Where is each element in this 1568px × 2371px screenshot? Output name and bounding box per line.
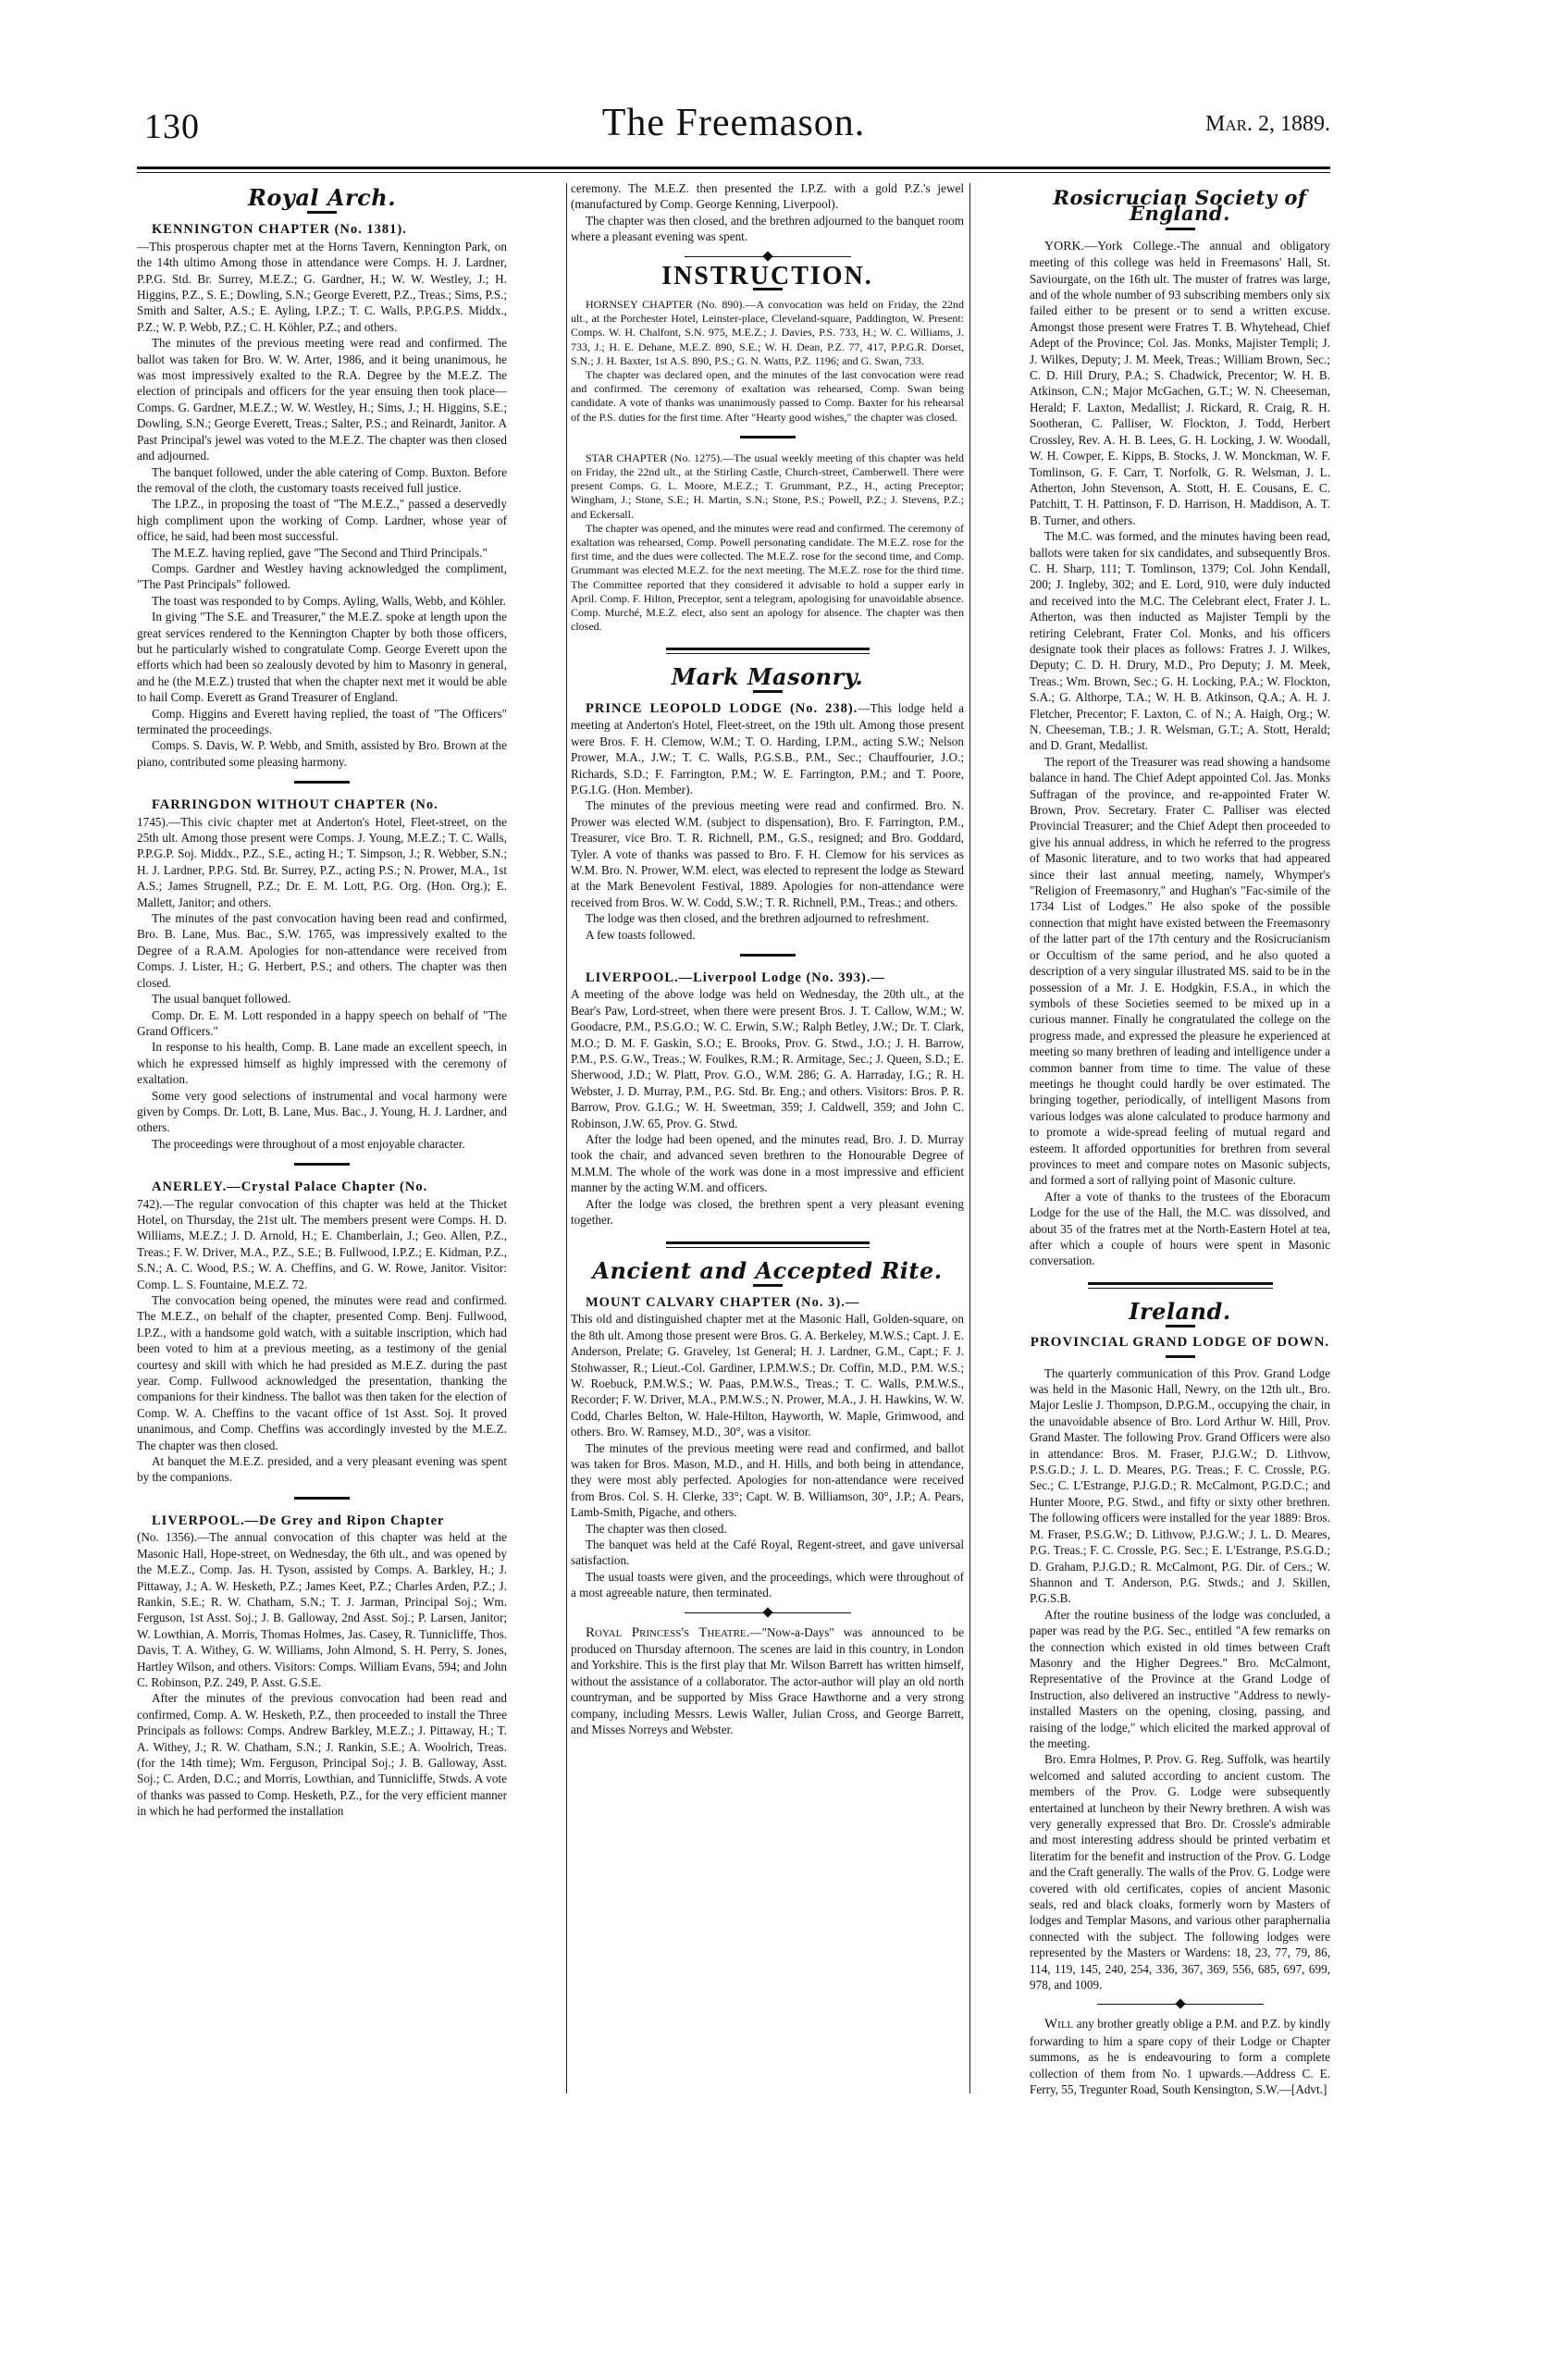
article-prince-leopold-lodge: PRINCE LEOPOLD LODGE (No. 238).—This lod… bbox=[571, 700, 964, 943]
article-separator bbox=[740, 954, 796, 957]
paragraph: The report of the Treasurer was read sho… bbox=[1030, 754, 1330, 1189]
paragraph: In giving "The S.E. and Treasurer," the … bbox=[137, 609, 507, 705]
column-2: ceremony. The M.E.Z. then presented the … bbox=[571, 180, 964, 1737]
paragraph: The chapter was opened, and the minutes … bbox=[571, 522, 964, 635]
paragraph: Comp. Dr. E. M. Lott responded in a happ… bbox=[137, 1007, 507, 1040]
article-farringdon-chapter: FARRINGDON WITHOUT CHAPTER (No. 1745).—T… bbox=[137, 797, 507, 1152]
article-lead: PRINCE LEOPOLD LODGE (No. 238). bbox=[586, 701, 858, 716]
section-heading-mark-masonry: Mark Masonry. bbox=[571, 669, 964, 685]
article-liverpool-chapter-continued: ceremony. The M.E.Z. then presented the … bbox=[571, 180, 964, 245]
diamond-separator bbox=[685, 1612, 851, 1613]
article-lead: LIVERPOOL.—Liverpool Lodge (No. 393).— bbox=[586, 970, 885, 985]
short-rule bbox=[1166, 228, 1195, 230]
diamond-separator bbox=[1097, 2004, 1264, 2005]
article-lead: Royal Princess's Theatre. bbox=[586, 1625, 749, 1640]
paragraph: After the lodge had been opened, and the… bbox=[571, 1131, 964, 1196]
section-separator bbox=[1088, 1282, 1273, 1289]
paragraph: The usual banquet followed. bbox=[137, 991, 507, 1006]
short-rule bbox=[753, 1284, 783, 1287]
paragraph: The chapter was then closed, and the bre… bbox=[571, 213, 964, 245]
article-separator bbox=[294, 1497, 350, 1500]
section-separator bbox=[666, 1241, 870, 1248]
paragraph: The quarterly communication of this Prov… bbox=[1030, 1365, 1330, 1607]
masthead-rule-thin bbox=[137, 172, 1330, 173]
paragraph: The M.C. was formed, and the minutes hav… bbox=[1030, 528, 1330, 754]
paragraph: After a vote of thanks to the trustees o… bbox=[1030, 1189, 1330, 1269]
article-hornsey-chapter: HORNSEY CHAPTER (No. 890).—A convocation… bbox=[571, 298, 964, 425]
paragraph: Comps. S. Davis, W. P. Webb, and Smith, … bbox=[137, 737, 507, 770]
short-rule bbox=[753, 690, 783, 693]
short-rule bbox=[1166, 1325, 1195, 1328]
article-provincial-grand-lodge-down: The quarterly communication of this Prov… bbox=[1030, 1365, 1330, 1994]
section-heading-royal-arch: Royal Arch. bbox=[137, 190, 507, 205]
article-lead: MOUNT CALVARY CHAPTER (No. 3).— bbox=[586, 1295, 859, 1310]
column-1: Royal Arch. KENNINGTON CHAPTER (No. 1381… bbox=[137, 180, 507, 1820]
paragraph: ceremony. The M.E.Z. then presented the … bbox=[571, 180, 964, 213]
short-rule bbox=[1166, 1355, 1195, 1358]
paragraph: 742).—The regular convocation of this ch… bbox=[137, 1196, 507, 1292]
article-liverpool-lodge: LIVERPOOL.—Liverpool Lodge (No. 393).— A… bbox=[571, 969, 964, 1229]
section-separator bbox=[666, 648, 870, 654]
article-star-chapter: STAR CHAPTER (No. 1275).—The usual weekl… bbox=[571, 451, 964, 635]
paragraph: The minutes of the previous meeting were… bbox=[571, 797, 964, 910]
paragraph: The toast was responded to by Comps. Ayl… bbox=[137, 593, 507, 609]
paragraph: -The annual and obligatory meeting of th… bbox=[1030, 239, 1330, 527]
masthead-rule bbox=[137, 167, 1330, 169]
issue-date: Mar. 2, 1889. bbox=[1205, 112, 1330, 137]
paragraph: Some very good selections of instrumenta… bbox=[137, 1088, 507, 1136]
paragraph: In response to his health, Comp. B. Lane… bbox=[137, 1039, 507, 1087]
article-liverpool-chapter: LIVERPOOL.—De Grey and Ripon Chapter (No… bbox=[137, 1513, 507, 1820]
column-3: Rosicrucian Society of England. YORK.—Yo… bbox=[1030, 180, 1330, 2098]
paragraph: The minutes of the past convocation havi… bbox=[137, 910, 507, 991]
section-heading-ireland: Ireland. bbox=[1030, 1303, 1330, 1319]
advertisement-lead: Will bbox=[1044, 2017, 1073, 2031]
paragraph: HORNSEY CHAPTER (No. 890).—A convocation… bbox=[571, 298, 964, 368]
paragraph: (No. 1356).—The annual convocation of th… bbox=[137, 1529, 507, 1690]
paragraph: The chapter was declared open, and the m… bbox=[571, 368, 964, 425]
paragraph: A meeting of the above lodge was held on… bbox=[571, 986, 964, 1131]
paragraph: The usual toasts were given, and the pro… bbox=[571, 1569, 964, 1601]
article-anerley-chapter: ANERLEY.—Crystal Palace Chapter (No. 742… bbox=[137, 1179, 507, 1486]
paragraph: The minutes of the previous meeting were… bbox=[137, 335, 507, 463]
paragraph: Bro. Emra Holmes, P. Prov. G. Reg. Suffo… bbox=[1030, 1751, 1330, 1993]
paragraph: The banquet followed, under the able cat… bbox=[137, 464, 507, 497]
paragraph: The lodge was then closed, and the breth… bbox=[571, 910, 964, 926]
paragraph: A few toasts followed. bbox=[571, 927, 964, 943]
article-separator bbox=[294, 781, 350, 784]
paragraph: The minutes of the previous meeting were… bbox=[571, 1440, 964, 1521]
article-lead: LIVERPOOL.—De Grey and Ripon Chapter bbox=[152, 1513, 445, 1528]
paragraph: —"Now-a-Days" was announced to be produc… bbox=[571, 1625, 964, 1736]
article-lead: ANERLEY.—Crystal Palace Chapter (No. bbox=[152, 1179, 427, 1194]
article-york-college: YORK.—York College.-The annual and oblig… bbox=[1030, 238, 1330, 1269]
advertisement: Will any brother greatly oblige a P.M. a… bbox=[1030, 2016, 1330, 2097]
section-heading-instruction: INSTRUCTION. bbox=[571, 268, 964, 284]
short-rule bbox=[307, 211, 337, 214]
paragraph: Comps. Gardner and Westley having acknow… bbox=[137, 561, 507, 593]
paragraph: Comp. Higgins and Everett having replied… bbox=[137, 706, 507, 738]
paragraph: At banquet the M.E.Z. presided, and a ve… bbox=[137, 1453, 507, 1486]
column-divider bbox=[969, 183, 970, 2093]
paragraph: This old and distinguished chapter met a… bbox=[571, 1311, 964, 1439]
article-royal-princess-theatre: Royal Princess's Theatre.—"Now-a-Days" w… bbox=[571, 1624, 964, 1738]
article-lead: FARRINGDON WITHOUT CHAPTER (No. bbox=[152, 797, 438, 812]
advertisement-text: any brother greatly oblige a P.M. and P.… bbox=[1030, 2017, 1330, 2096]
paragraph: After the lodge was closed, the brethren… bbox=[571, 1196, 964, 1229]
section-heading-ancient-accepted-rite: Ancient and Accepted Rite. bbox=[571, 1263, 964, 1278]
paragraph: The banquet was held at the Café Royal, … bbox=[571, 1537, 964, 1569]
paragraph: The I.P.Z., in proposing the toast of "T… bbox=[137, 496, 507, 544]
paragraph: STAR CHAPTER (No. 1275).—The usual weekl… bbox=[571, 451, 964, 522]
article-lead: YORK.—York College. bbox=[1044, 240, 1177, 253]
paragraph: —This prosperous chapter met at the Horn… bbox=[137, 239, 507, 335]
paragraph: After the routine business of the lodge … bbox=[1030, 1607, 1330, 1752]
section-heading-rosicrucian: Rosicrucian Society of England. bbox=[1030, 190, 1330, 222]
paragraph: The proceedings were throughout of a mos… bbox=[137, 1136, 507, 1152]
paragraph: The chapter was then closed. bbox=[571, 1521, 964, 1537]
masthead: 130 The Freemason. Mar. 2, 1889. bbox=[137, 106, 1330, 153]
article-separator bbox=[740, 436, 796, 438]
subheading-provincial-grand-lodge-down: PROVINCIAL GRAND LODGE OF DOWN. bbox=[1030, 1335, 1330, 1351]
newspaper-title: The Freemason. bbox=[137, 101, 1330, 145]
paragraph: 1745).—This civic chapter met at Anderto… bbox=[137, 814, 507, 910]
article-mount-calvary-chapter: MOUNT CALVARY CHAPTER (No. 3).— This old… bbox=[571, 1294, 964, 1601]
diamond-separator bbox=[685, 256, 851, 257]
paragraph: The M.E.Z. having replied, gave "The Sec… bbox=[137, 545, 507, 561]
column-divider bbox=[566, 183, 567, 2093]
article-kennington-chapter: KENNINGTON CHAPTER (No. 1381). —This pro… bbox=[137, 221, 507, 770]
paragraph: After the minutes of the previous convoc… bbox=[137, 1690, 507, 1819]
article-lead: KENNINGTON CHAPTER (No. 1381). bbox=[152, 222, 407, 237]
article-separator bbox=[294, 1163, 350, 1166]
paragraph: The convocation being opened, the minute… bbox=[137, 1292, 507, 1453]
